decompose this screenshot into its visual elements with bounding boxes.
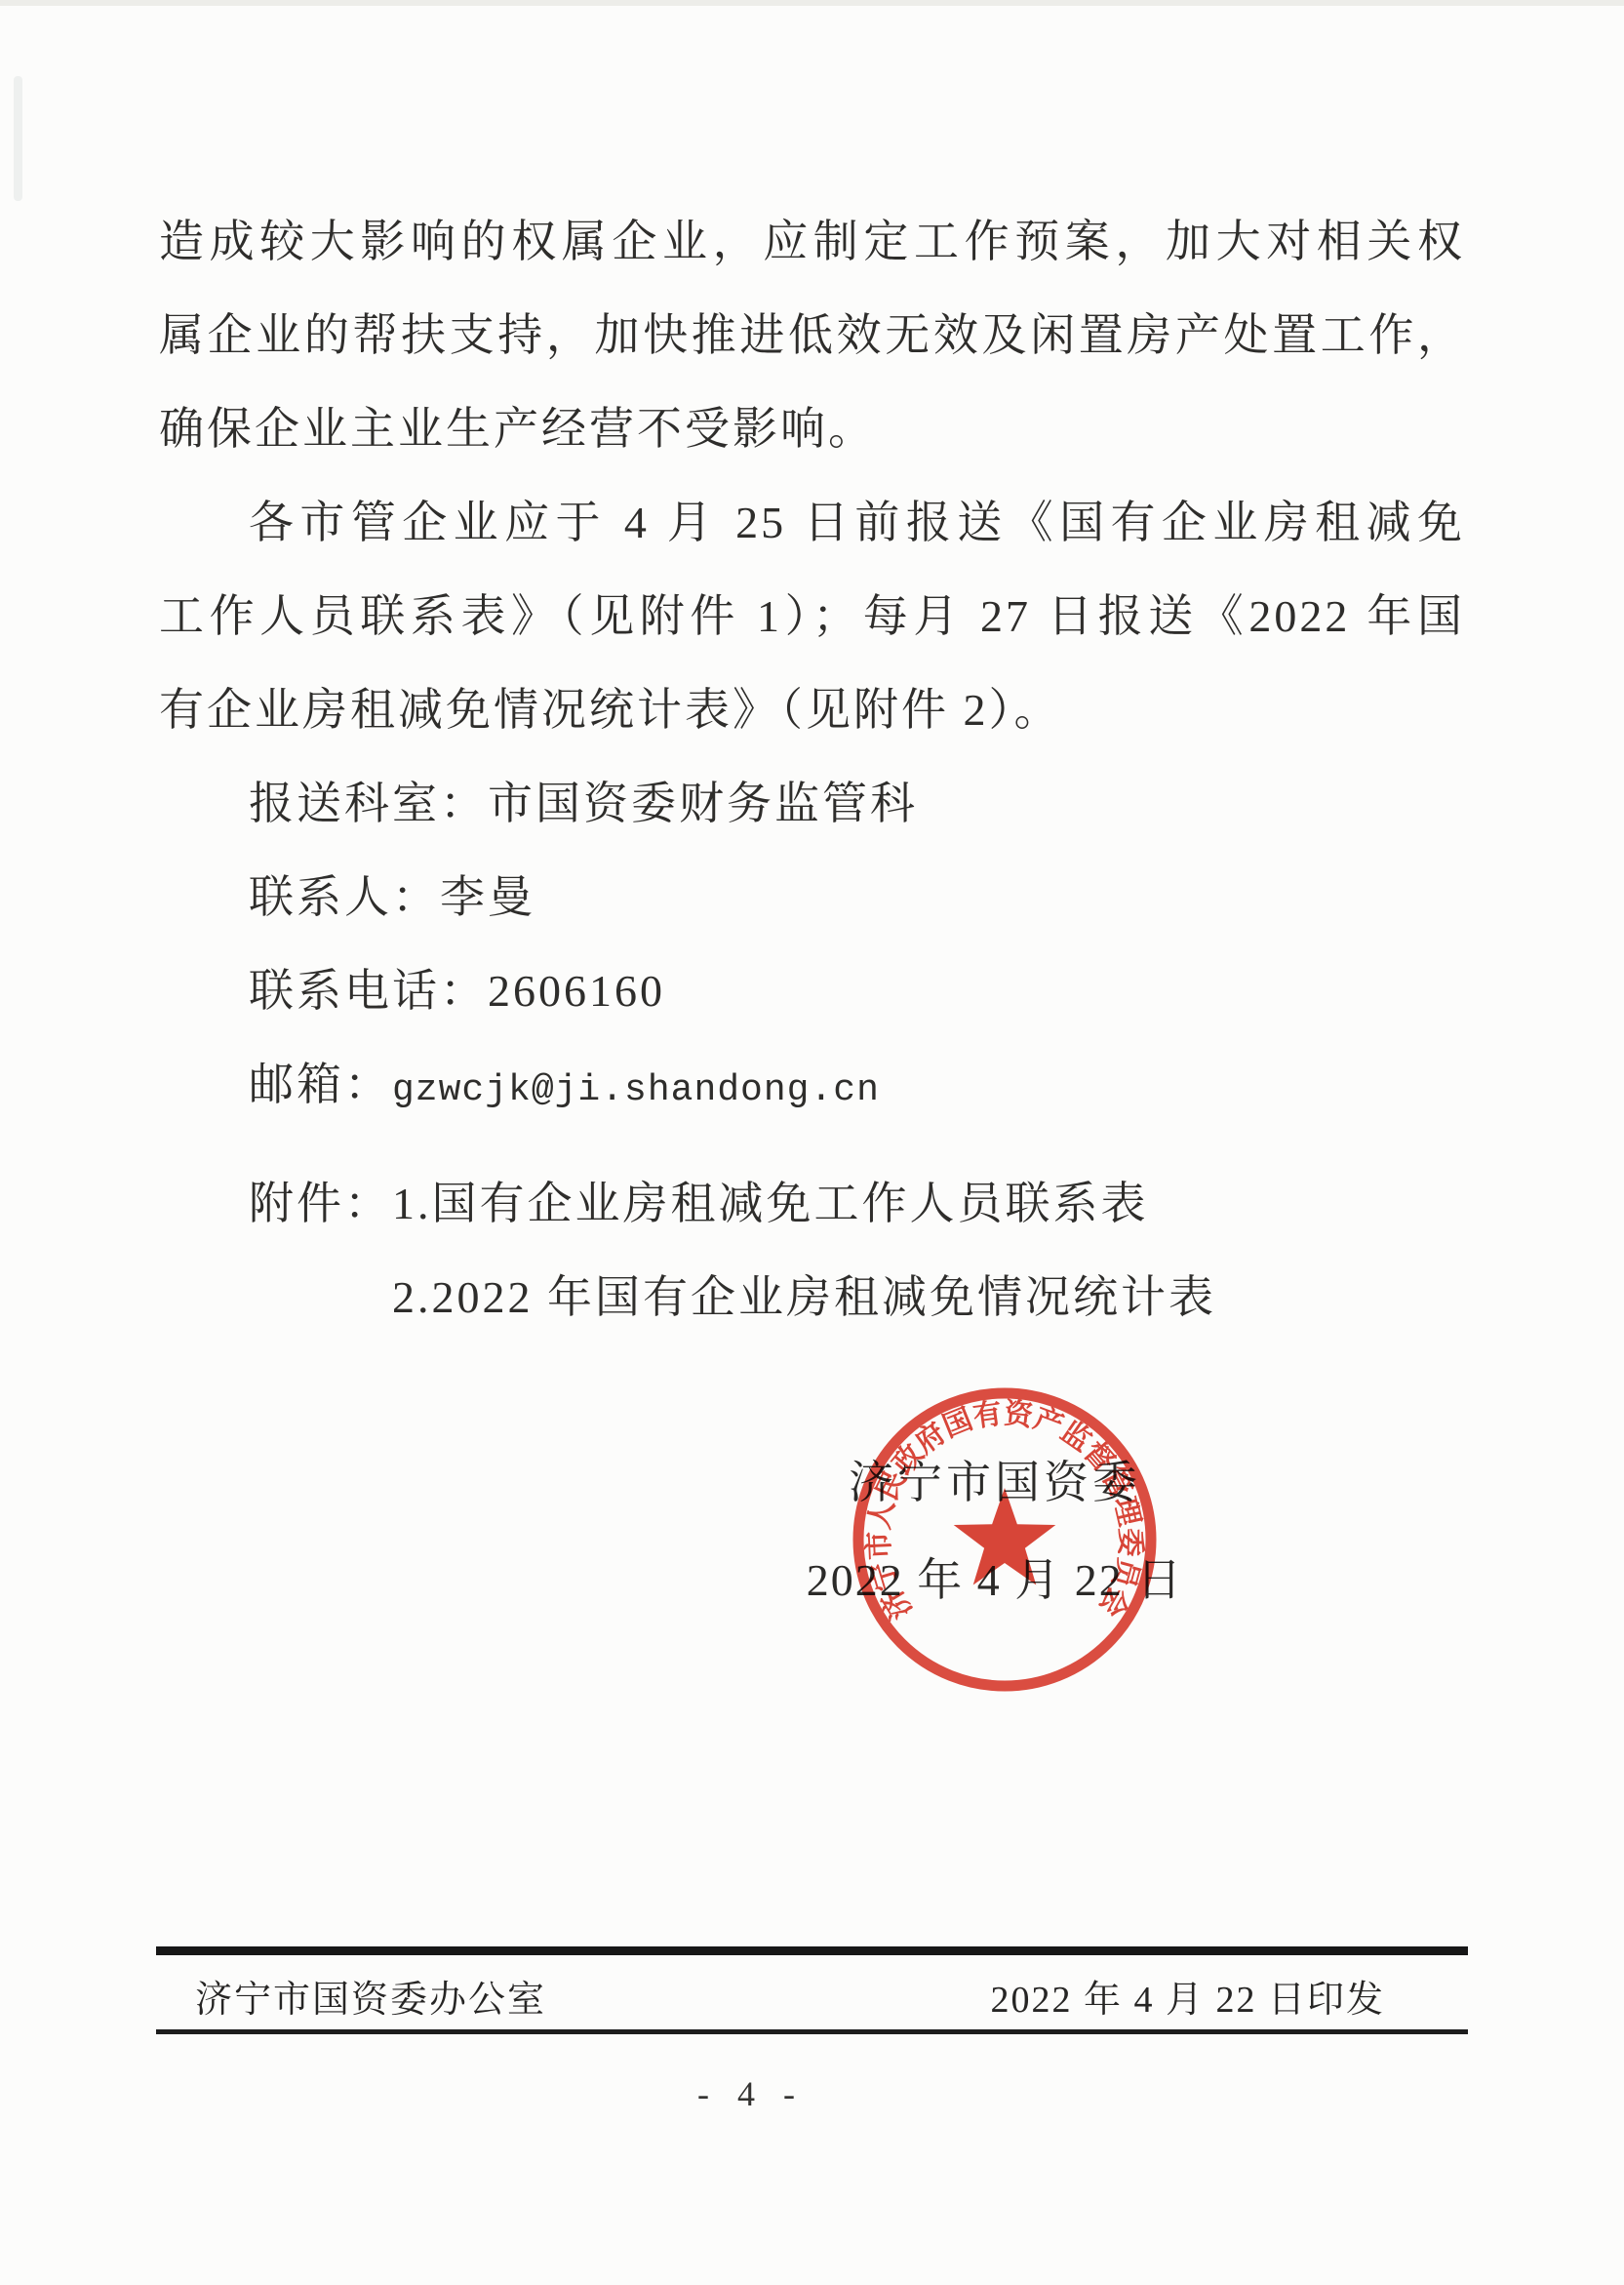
seal-star-icon [954, 1488, 1056, 1585]
scanned-document-page: { "document": { "lines": [ {"text": "造成较… [0, 0, 1624, 2285]
document-body: 造成较大影响的权属企业，应制定工作预案，加大对相关权 属企业的帮扶支持，加快推进… [159, 195, 1465, 1344]
footer-rule-bottom [156, 2029, 1468, 2034]
body-line: 有企业房租减免情况统计表》（见附件 2）。 [159, 663, 1465, 757]
footer-print-date: 2022 年 4 月 22 日印发 [990, 1977, 1385, 2024]
attachment-item-1: 附件：1.国有企业房租减免工作人员联系表 [159, 1157, 1465, 1251]
email-label: 邮箱： [249, 1060, 392, 1109]
body-line: 属企业的帮扶支持，加快推进低效无效及闲置房产处置工作， [159, 289, 1465, 382]
scan-edge-artifact [0, 0, 1624, 6]
contact-phone-line: 联系电话：2606160 [159, 944, 1465, 1038]
contact-person-line: 联系人：李曼 [159, 851, 1465, 944]
footer-issuer: 济宁市国资委办公室 [195, 1977, 546, 2024]
official-seal: 济宁市人民政府国有资产监督管理委员会 [829, 1364, 1180, 1715]
footer-rule-top [156, 1946, 1468, 1955]
scan-smudge-artifact [14, 76, 22, 201]
body-line: 工作人员联系表》（见附件 1）；每月 27 日报送《2022 年国 [159, 570, 1465, 663]
page-number: - 4 - [0, 2070, 1502, 2117]
body-line: 各市管企业应于 4 月 25 日前报送《国有企业房租减免 [159, 476, 1465, 570]
body-line: 确保企业主业生产经营不受影响。 [159, 382, 1465, 476]
attachment-item-2: 2.2022 年国有企业房租减免情况统计表 [159, 1251, 1465, 1344]
body-line: 造成较大影响的权属企业，应制定工作预案，加大对相关权 [159, 195, 1465, 289]
footer-row: 济宁市国资委办公室 2022 年 4 月 22 日印发 [156, 1977, 1468, 2024]
email-address: gzwcjk@ji.shandong.cn [392, 1069, 880, 1111]
contact-department-line: 报送科室：市国资委财务监管科 [159, 757, 1465, 851]
contact-email-line: 邮箱：gzwcjk@ji.shandong.cn [159, 1038, 1465, 1132]
